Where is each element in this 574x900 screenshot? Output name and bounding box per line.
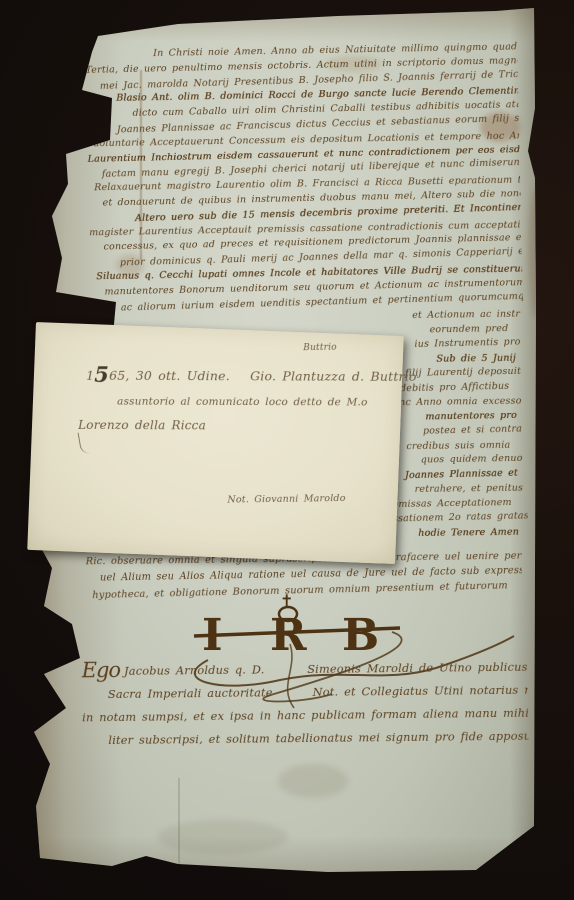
subscription-initial: Ego bbox=[82, 660, 121, 683]
stain bbox=[278, 764, 348, 798]
subscription-text: Simeonis Maroldi de Utino publicus bbox=[307, 656, 528, 681]
note-line: Lorenzo della Ricca bbox=[78, 418, 206, 432]
fragment-line: et Actionum ac instr bbox=[378, 308, 520, 324]
note-corner-word: Buttrio bbox=[303, 343, 337, 353]
signum-letter-r: R bbox=[270, 610, 307, 661]
archival-note: Buttrio 1565, 30 ott. Udine. Gio. Plantu… bbox=[27, 322, 403, 564]
note-date-prefix: 1 bbox=[86, 368, 94, 383]
subscription-text: Not. et Collegiatus Utini notarius rogat… bbox=[313, 678, 529, 704]
note-flourish-mark bbox=[78, 431, 91, 454]
fragment-line: cassationem 2o ratas gratas bbox=[381, 509, 523, 527]
note-signature: Not. Giovanni Maroldo bbox=[227, 493, 345, 506]
note-date-big-digit: 5 bbox=[94, 362, 109, 387]
subscription-line: liter subscripsi, et solitum tabellionat… bbox=[82, 725, 528, 753]
main-text-block: In Christi noie Amen. Anno ab eius Natiu… bbox=[85, 39, 523, 315]
note-date-line: 1565, 30 ott. Udine. Gio. Plantuzza d. B… bbox=[86, 362, 417, 388]
subscription-text: liter subscripsi, et solitum tabellionat… bbox=[108, 725, 528, 753]
subscription-text: Jacobus Arnoldus q. D. bbox=[124, 658, 265, 682]
subscription-block: Ego Jacobus Arnoldus q. D. Simeonis Maro… bbox=[82, 656, 529, 753]
fragment-line: credibus suis omnia bbox=[380, 438, 510, 454]
note-date-rest: 65, 30 ott. Udine. bbox=[109, 368, 230, 383]
subscription-text: Sacra Imperiali auctoritate bbox=[108, 681, 273, 706]
fragment-line: retrahere, et penitus bbox=[381, 481, 523, 497]
signum-letter-b: B bbox=[342, 610, 379, 661]
manuscript-photo: In Christi noie Amen. Anno ab eius Natiu… bbox=[0, 0, 574, 900]
fragment-line: hodie Tenere Amen bbox=[382, 525, 519, 541]
subscription-gap bbox=[273, 681, 313, 704]
signum-letter-i: I bbox=[202, 610, 223, 661]
crease-line bbox=[178, 778, 180, 874]
stain bbox=[158, 820, 288, 854]
fragment-line: postea et si contra bbox=[380, 422, 522, 440]
note-line: assuntorio al comunicato loco detto de M… bbox=[117, 396, 368, 409]
note-headline: Gio. Plantuzza d. Buttrio bbox=[250, 368, 417, 384]
subscription-gap bbox=[264, 658, 307, 681]
edge-stain bbox=[528, 188, 546, 318]
